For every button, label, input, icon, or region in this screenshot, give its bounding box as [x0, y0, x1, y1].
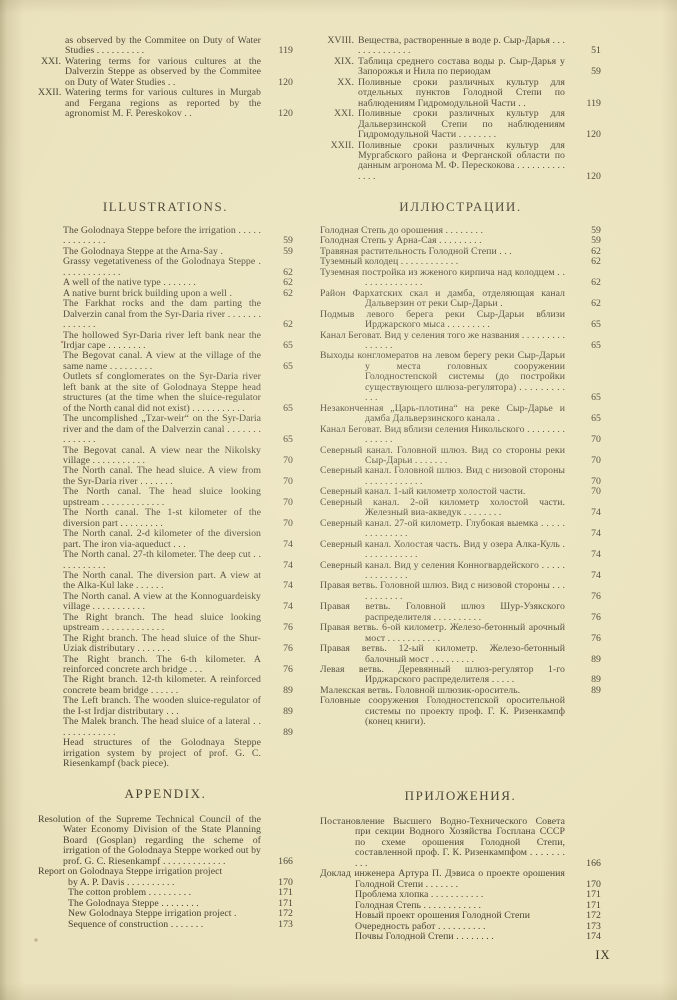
- toc-entry: Подмыв левого берега реки Сыр-Дарьи вбли…: [320, 310, 601, 331]
- entry-page-number: 65: [265, 435, 293, 445]
- entry-text: Watering terms for various cultures at t…: [65, 56, 261, 88]
- entry-text: Постановление Высшего Водно-Технического…: [320, 816, 565, 869]
- entry-page-number: 65: [569, 341, 601, 351]
- entry-text: Report on Golodnaya Steppe irrigation pr…: [38, 866, 222, 877]
- entry-text: Туземный колодец . . . . . . . . . . . .: [320, 256, 458, 267]
- entry-text: Выходы конгломератов на левом берегу рек…: [320, 350, 565, 403]
- entry-text: New Golodnaya Steppe irrigation project …: [68, 908, 237, 919]
- entry-text: Watering terms for various cultures in M…: [65, 87, 261, 119]
- entry-page-number: 74: [569, 550, 601, 560]
- entry-text: Grassy vegetativeness of the Golodnaya S…: [63, 256, 261, 277]
- toc-entry: Головные сооружения Голодностепской орос…: [320, 696, 601, 727]
- entry-text: The Golodnaya Steppe . . . . . . . .: [68, 898, 199, 909]
- entry-page-number: 120: [569, 130, 601, 140]
- entry-text: Район Фархатских скал и дамба, отделяюща…: [320, 288, 565, 309]
- entry-text: Северный канал. Головной шлюз. Вид с низ…: [320, 465, 565, 486]
- toc-entry: XIX. Таблица среднего состава воды р. Сы…: [320, 57, 601, 78]
- toc-entry: Sequence of construction . . . . . . . 1…: [38, 920, 293, 930]
- toc-entry: XVIII. Вещества, растворенные в воде р. …: [320, 36, 601, 57]
- entry-page-number: 70: [569, 487, 601, 497]
- toc-entry: Outlets sf conglomerates on the Syr-Dari…: [63, 372, 293, 414]
- toc-entry: The North canal. The head sluice looking…: [63, 487, 293, 508]
- toc-entry: Северный канал. 2-ой километр холостой ч…: [320, 498, 601, 519]
- entry-text: The North canal. 27-th kilometer. The de…: [63, 549, 261, 570]
- entry-text: The North canal. The head sluice looking…: [63, 486, 261, 507]
- toc-entry: Выходы конгломератов на левом берегу рек…: [320, 351, 601, 403]
- entry-text: Resolution of the Supreme Technical Coun…: [38, 814, 261, 867]
- toc-entry: Правая ветвь. Головной шлюз Шур-Узякског…: [320, 602, 601, 623]
- toc-entry: The Right branch. The head sluice lookin…: [63, 613, 293, 634]
- entry-text: Поливные сроки различных культур для Мур…: [358, 140, 565, 182]
- entry-text: The Golodnaya Steppe at the Arna-Say .: [63, 246, 223, 257]
- entry-text: The North canal. The diversion part. A v…: [63, 570, 261, 591]
- toc-entry: Доклад инженера Артура П. Дэвиса о проек…: [320, 869, 601, 890]
- entry-page-number: 74: [569, 571, 601, 581]
- entry-page-number: 89: [265, 728, 293, 738]
- entry-page-number: 70: [265, 456, 293, 466]
- entry-page-number: 74: [569, 529, 601, 539]
- entry-number: XX.: [320, 78, 354, 88]
- entry-text: Правая ветвь. Головной шлюз. Вид с низов…: [320, 580, 565, 601]
- entry-text: Голодная Степь . . . . . . . . . . . .: [355, 900, 481, 911]
- entry-page-number: 65: [265, 362, 293, 372]
- toc-entry: Правая ветвь. 12-ый километр. Железо-бет…: [320, 644, 601, 665]
- entry-page-number: 65: [569, 393, 601, 403]
- entry-text: Правая ветвь. 12-ый километр. Железо-бет…: [320, 643, 565, 664]
- entry-page-number: 120: [265, 109, 293, 119]
- entry-text: Туземная постройка из жженого кирпича на…: [320, 267, 565, 288]
- entry-text: The Right branch. The head sluice of the…: [63, 633, 261, 654]
- entry-text: Правая ветвь. 6-ой километр. Железо-бето…: [320, 622, 565, 643]
- entry-page-number: 76: [265, 644, 293, 654]
- toc-entry: The Right branch. The head sluice of the…: [63, 634, 293, 655]
- toc-entry: The North canal. The 1-st kilometer of t…: [63, 508, 293, 529]
- entry-page-number: 76: [569, 613, 601, 623]
- entry-page-number: 74: [265, 581, 293, 591]
- entry-page-number: 119: [265, 46, 293, 56]
- entry-number: XXII.: [320, 141, 354, 151]
- entry-text: The North canal. 2-d kilometer of the di…: [63, 528, 261, 549]
- entry-page-number: 120: [569, 172, 601, 182]
- toc-entry: The Left branch. The wooden sluice-regul…: [63, 696, 293, 717]
- entry-page-number: 51: [569, 46, 601, 56]
- entry-text: A well of the native type . . . . . . .: [63, 277, 196, 288]
- entry-number: XXI.: [38, 57, 61, 67]
- toc-entry: Северный канал. Головной шлюз. Вид со ст…: [320, 446, 601, 467]
- toc-entry: Канал Беговат. Вид вблизи селения Николь…: [320, 425, 601, 446]
- toc-entry: Grassy vegetativeness of the Golodnaya S…: [63, 257, 293, 278]
- entry-text: The Malek branch. The head sluice of a l…: [63, 716, 261, 737]
- illustrations-list-en: The Golodnaya Steppe before the irrigati…: [38, 226, 293, 770]
- toc-entry: The North canal. A view at the Konnoguar…: [63, 592, 293, 613]
- entry-text: Малекская ветвь. Головной шлюзик-оросите…: [320, 685, 520, 696]
- entry-page-number: 65: [265, 341, 293, 351]
- toc-entry: The Right branch. 12-th kilometer. A rei…: [63, 675, 293, 696]
- entry-text: Северный канал. 27-ой километр. Глубокая…: [320, 518, 565, 539]
- entry-text: The Farkhat rocks and the dam parting th…: [63, 298, 261, 330]
- entry-text: Канал Беговат. Вид вблизи селения Николь…: [320, 424, 565, 445]
- entry-text: Очередность работ . . . . . . . . . .: [355, 921, 486, 932]
- appendix-title-ru: ПРИЛОЖЕНИЯ.: [320, 788, 601, 804]
- toc-entry: Туземная постройка из жженого кирпича на…: [320, 268, 601, 289]
- appendix-list-en: Resolution of the Supreme Technical Coun…: [38, 815, 293, 930]
- entry-text: Травяная растительность Голодной Степи .…: [320, 246, 512, 257]
- toc-entry: Почвы Голодной Степи . . . . . . . . 174: [320, 932, 601, 942]
- toc-entry: The North canal. 2-d kilometer of the di…: [63, 529, 293, 550]
- entry-text: The cotton problem . . . . . . . . .: [68, 887, 191, 898]
- entry-page-number: 76: [569, 634, 601, 644]
- entry-text: The North canal. A view at the Konnoguar…: [63, 591, 261, 612]
- entry-page-number: 74: [265, 561, 293, 571]
- illustrations-title-en: ILLUSTRATIONS.: [38, 199, 293, 215]
- toc-entry: Северный канал. Головной шлюз. Вид с низ…: [320, 466, 601, 487]
- entry-page-number: 76: [265, 665, 293, 675]
- entry-text: Поливные сроки различных культур для Дал…: [358, 108, 565, 140]
- entry-text: Sequence of construction . . . . . . .: [68, 919, 203, 930]
- toc-entry: Незаконченная „Царь-плотина“ на реке Сыр…: [320, 404, 601, 425]
- toc-entry: Северный канал. Холостая часть. Вид у оз…: [320, 540, 601, 561]
- entry-page-number: 89: [265, 707, 293, 717]
- toc-entry: Канал Беговат. Вид у селения того же наз…: [320, 331, 601, 352]
- entry-page-number: 59: [265, 247, 293, 257]
- page-folio: IX: [588, 948, 618, 963]
- entry-page-number: 120: [265, 78, 293, 88]
- entry-page-number: 172: [265, 909, 293, 919]
- appendix-list-ru: Постановление Высшего Водно-Технического…: [320, 817, 601, 942]
- toc-entry: XXI. Watering terms for various cultures…: [38, 57, 293, 88]
- toc-entry: Head structures of the Golodnaya Steppe …: [63, 738, 293, 769]
- toc-entry: The Begovat canal. A view at the village…: [63, 351, 293, 372]
- entry-text: The North canal. The head sluice. A view…: [63, 465, 261, 486]
- illustrations-title-ru: ИЛЛЮСТРАЦИИ.: [320, 199, 601, 215]
- entry-text: Голодная Степь у Арна-Сая . . . . . . . …: [320, 235, 482, 246]
- toc-continued-list-ru: XVIII. Вещества, растворенные в воде р. …: [320, 36, 601, 182]
- book-page: { "page": { "folio": "IX", "paper_color"…: [0, 0, 677, 1000]
- entry-text: Северный канал. 2-ой километр холостой ч…: [320, 497, 565, 518]
- toc-entry: The Right branch. The 6-th kilometer. A …: [63, 655, 293, 676]
- toc-entry: as observed by the Commitee on Duty of W…: [38, 36, 293, 57]
- entry-text: Новый проект орошения Голодной Степи: [355, 910, 530, 921]
- entry-page-number: 166: [569, 859, 601, 869]
- illustrations-list-ru: Голодная Степь до орошения . . . . . . .…: [320, 226, 601, 728]
- entry-number: XVIII.: [320, 36, 354, 46]
- toc-entry: XXI. Поливные сроки различных культур дл…: [320, 109, 601, 140]
- toc-entry: Левая ветвь. Деревянный шлюз-регулятор 1…: [320, 665, 601, 686]
- entry-text: A native burnt brick building upon a wel…: [63, 288, 232, 299]
- entry-page-number: 65: [569, 320, 601, 330]
- entry-page-number: 172: [569, 911, 601, 921]
- entry-text: by A. P. Davis . . . . . . . . . .: [68, 877, 174, 888]
- toc-entry: Район Фархатских скал и дамба, отделяюща…: [320, 289, 601, 310]
- entry-page-number: 70: [265, 477, 293, 487]
- entry-page-number: 62: [569, 278, 601, 288]
- toc-entry: The Farkhat rocks and the dam parting th…: [63, 299, 293, 330]
- entry-text: The Right branch. The 6-th kilometer. A …: [63, 654, 261, 675]
- toc-entry: The Golodnaya Steppe before the irrigati…: [63, 226, 293, 247]
- entry-text: Северный канал. 1-ый километр холостой ч…: [320, 486, 525, 497]
- toc-entry: The Begovat canal. A view near the Nikol…: [63, 446, 293, 467]
- entry-text: Таблица среднего состава воды р. Сыр-Дар…: [358, 56, 565, 77]
- entry-text: The Begovat canal. A view near the Nikol…: [63, 445, 261, 466]
- toc-entry: Resolution of the Supreme Technical Coun…: [38, 815, 293, 867]
- entry-text: Канал Беговат. Вид у селения того же наз…: [320, 330, 565, 351]
- entry-page-number: 70: [569, 435, 601, 445]
- toc-entry: The North canal. 27-th kilometer. The de…: [63, 550, 293, 571]
- entry-page-number: 89: [569, 686, 601, 696]
- entry-page-number: 76: [265, 623, 293, 633]
- entry-number: XXII.: [38, 88, 61, 98]
- entry-text: Северный канал. Вид у селения Конногвард…: [320, 560, 565, 581]
- entry-text: Северный канал. Головной шлюз. Вид со ст…: [320, 445, 565, 466]
- entry-text: as observed by the Commitee on Duty of W…: [65, 35, 261, 56]
- entry-page-number: 173: [265, 920, 293, 930]
- entry-page-number: 76: [569, 592, 601, 602]
- entry-page-number: 65: [265, 404, 293, 414]
- entry-text: The Left branch. The wooden sluice-regul…: [63, 695, 261, 716]
- entry-text: The Right branch. 12-th kilometer. A rei…: [63, 674, 261, 695]
- entry-text: Головные сооружения Голодностепской орос…: [320, 695, 565, 727]
- entry-number: XIX.: [320, 57, 354, 67]
- entry-text: Head structures of the Golodnaya Steppe …: [63, 737, 261, 769]
- toc-entry: The North canal. The diversion part. A v…: [63, 571, 293, 592]
- toc-entry: The North canal. The head sluice. A view…: [63, 466, 293, 487]
- toc-entry: Правая ветвь. 6-ой километр. Железо-бето…: [320, 623, 601, 644]
- toc-entry: Постановление Высшего Водно-Технического…: [320, 817, 601, 869]
- entry-page-number: 89: [265, 686, 293, 696]
- entry-page-number: 119: [569, 99, 601, 109]
- entry-text: Доклад инженера Артура П. Дэвиса о проек…: [320, 868, 565, 889]
- entry-page-number: 89: [569, 655, 601, 665]
- entry-page-number: 70: [265, 519, 293, 529]
- entry-text: Северный канал. Холостая часть. Вид у оз…: [320, 539, 565, 560]
- entry-page-number: 62: [569, 257, 601, 267]
- entry-text: The uncomplished „Tzar-weir“ on the Syr-…: [63, 413, 261, 445]
- entry-text: The Begovat canal. A view at the village…: [63, 350, 261, 371]
- entry-text: Подмыв левого берега реки Сыр-Дарьи вбли…: [320, 309, 565, 330]
- entry-text: The North canal. The 1-st kilometer of t…: [63, 507, 261, 528]
- entry-page-number: 74: [569, 508, 601, 518]
- appendix-title-en: APPENDIX.: [38, 786, 293, 802]
- toc-entry: Правая ветвь. Головной шлюз. Вид с низов…: [320, 581, 601, 602]
- entry-text: Проблема хлопка . . . . . . . . . . .: [355, 889, 483, 900]
- toc-entry: The uncomplished „Tzar-weir“ on the Syr-…: [63, 414, 293, 445]
- entry-text: The hollowed Syr-Daria river left bank n…: [63, 330, 261, 351]
- entry-text: Вещества, растворенные в воде р. Сыр-Дар…: [358, 35, 565, 56]
- entry-text: Поливные сроки различных культур для отд…: [358, 77, 565, 109]
- entry-page-number: 62: [265, 320, 293, 330]
- entry-number: XXI.: [320, 109, 354, 119]
- entry-page-number: 62: [569, 299, 601, 309]
- toc-entry: The Malek branch. The head sluice of a l…: [63, 717, 293, 738]
- toc-entry: Северный канал. Вид у селения Конногвард…: [320, 561, 601, 582]
- entry-page-number: 70: [569, 456, 601, 466]
- toc-entry: Северный канал. 27-ой километр. Глубокая…: [320, 519, 601, 540]
- entry-page-number: 74: [265, 540, 293, 550]
- entry-text: Почвы Голодной Степи . . . . . . . .: [355, 931, 494, 942]
- toc-entry: The hollowed Syr-Daria river left bank n…: [63, 331, 293, 352]
- entry-page-number: 65: [569, 414, 601, 424]
- entry-page-number: 166: [265, 857, 293, 867]
- entry-page-number: 74: [265, 602, 293, 612]
- entry-page-number: 174: [569, 932, 601, 942]
- entry-page-number: 59: [569, 67, 601, 77]
- toc-entry: XX. Поливные сроки различных культур для…: [320, 78, 601, 109]
- entry-page-number: 70: [265, 498, 293, 508]
- entry-text: Правая ветвь. Головной шлюз Шур-Узякског…: [320, 601, 565, 622]
- toc-entry: XXII. Watering terms for various culture…: [38, 88, 293, 119]
- entry-text: Outlets sf conglomerates on the Syr-Dari…: [63, 371, 261, 413]
- toc-continued-list-en: as observed by the Commitee on Duty of W…: [38, 36, 293, 120]
- entry-page-number: 62: [265, 289, 293, 299]
- entry-text: The Right branch. The head sluice lookin…: [63, 612, 261, 633]
- entry-text: Незаконченная „Царь-плотина“ на реке Сыр…: [320, 403, 565, 424]
- entry-text: Левая ветвь. Деревянный шлюз-регулятор 1…: [320, 664, 565, 685]
- entry-text: The Golodnaya Steppe before the irrigati…: [63, 225, 261, 246]
- entry-text: Голодная Степь до орошения . . . . . . .…: [320, 225, 483, 236]
- toc-entry: XXII. Поливные сроки различных культур д…: [320, 141, 601, 183]
